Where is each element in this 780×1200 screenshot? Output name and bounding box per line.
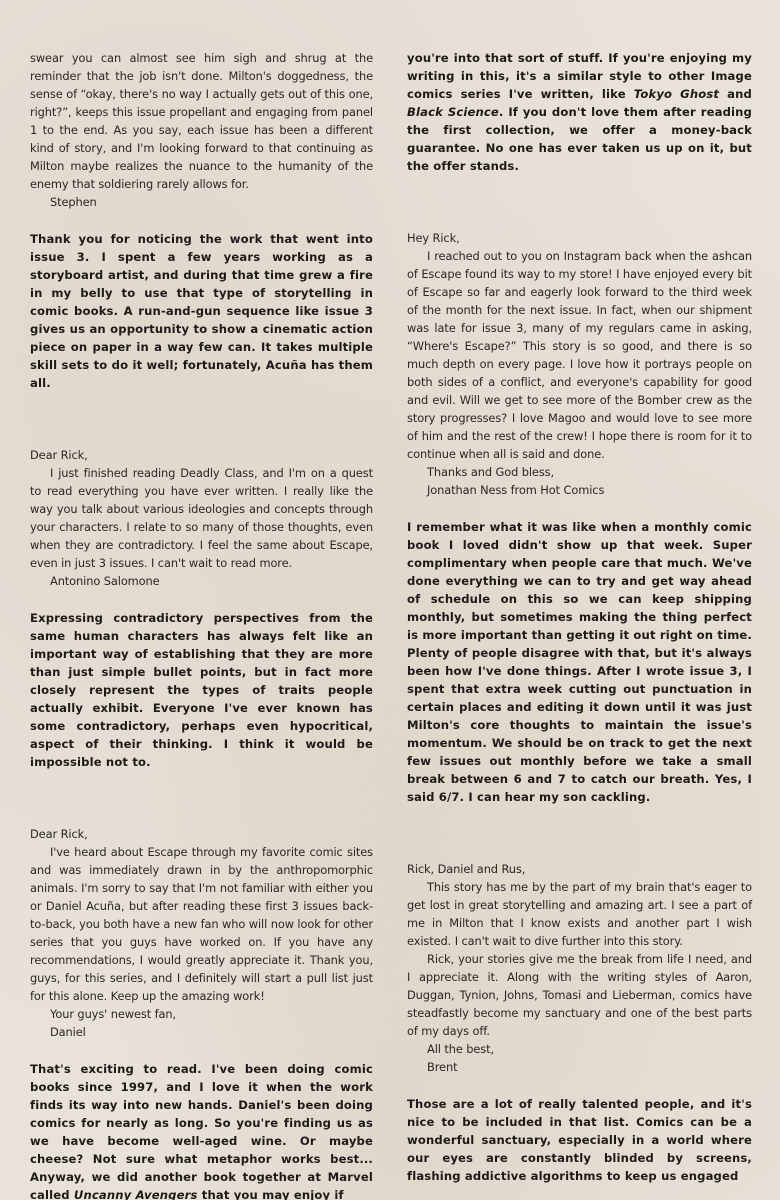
book-title: Uncanny Avengers <box>74 1188 198 1200</box>
book-title: Black Science <box>407 105 499 119</box>
letter-closing: All the best, <box>407 1040 752 1058</box>
letter-body: This story has me by the part of my brai… <box>407 878 752 950</box>
letter-signoff: Jonathan Ness from Hot Comics <box>407 481 752 499</box>
editor-reply: Expressing contradictory perspectives fr… <box>30 609 373 771</box>
letter-closing: Thanks and God bless, <box>407 463 752 481</box>
editor-reply: That's exciting to read. I've been doing… <box>30 1060 373 1200</box>
reply-text: That's exciting to read. I've been doing… <box>30 1062 373 1200</box>
letter-body: I just finished reading Deadly Class, an… <box>30 464 373 572</box>
letter-signoff: Antonino Salomone <box>30 572 373 590</box>
letter-signoff: Stephen <box>30 193 373 211</box>
letter-salutation: Dear Rick, <box>30 825 373 843</box>
letter-salutation: Hey Rick, <box>407 229 752 247</box>
letter-closing: Your guys' newest fan, <box>30 1005 373 1023</box>
letter-body: Rick, your stories give me the break fro… <box>407 950 752 1040</box>
letters-page: swear you can almost see him sigh and sh… <box>0 0 780 1200</box>
letter-signoff: Brent <box>407 1058 752 1076</box>
reply-text: and <box>719 87 752 101</box>
letter-body: I reached out to you on Instagram back w… <box>407 247 752 463</box>
letter-continuation: swear you can almost see him sigh and sh… <box>30 49 373 193</box>
letter-salutation: Dear Rick, <box>30 446 373 464</box>
letter-signoff: Daniel <box>30 1023 373 1041</box>
editor-reply: Thank you for noticing the work that wen… <box>30 230 373 392</box>
editor-reply: Those are a lot of really talented peopl… <box>407 1095 752 1185</box>
letter-body: I've heard about Escape through my favor… <box>30 843 373 1005</box>
editor-reply: I remember what it was like when a month… <box>407 518 752 806</box>
editor-reply-continuation: you're into that sort of stuff. If you'r… <box>407 49 752 175</box>
book-title: Tokyo Ghost <box>634 87 719 101</box>
reply-text: that you may enjoy if <box>198 1188 344 1200</box>
left-column: swear you can almost see him sigh and sh… <box>30 49 373 1200</box>
letter-salutation: Rick, Daniel and Rus, <box>407 860 752 878</box>
right-column: you're into that sort of stuff. If you'r… <box>407 49 752 1200</box>
